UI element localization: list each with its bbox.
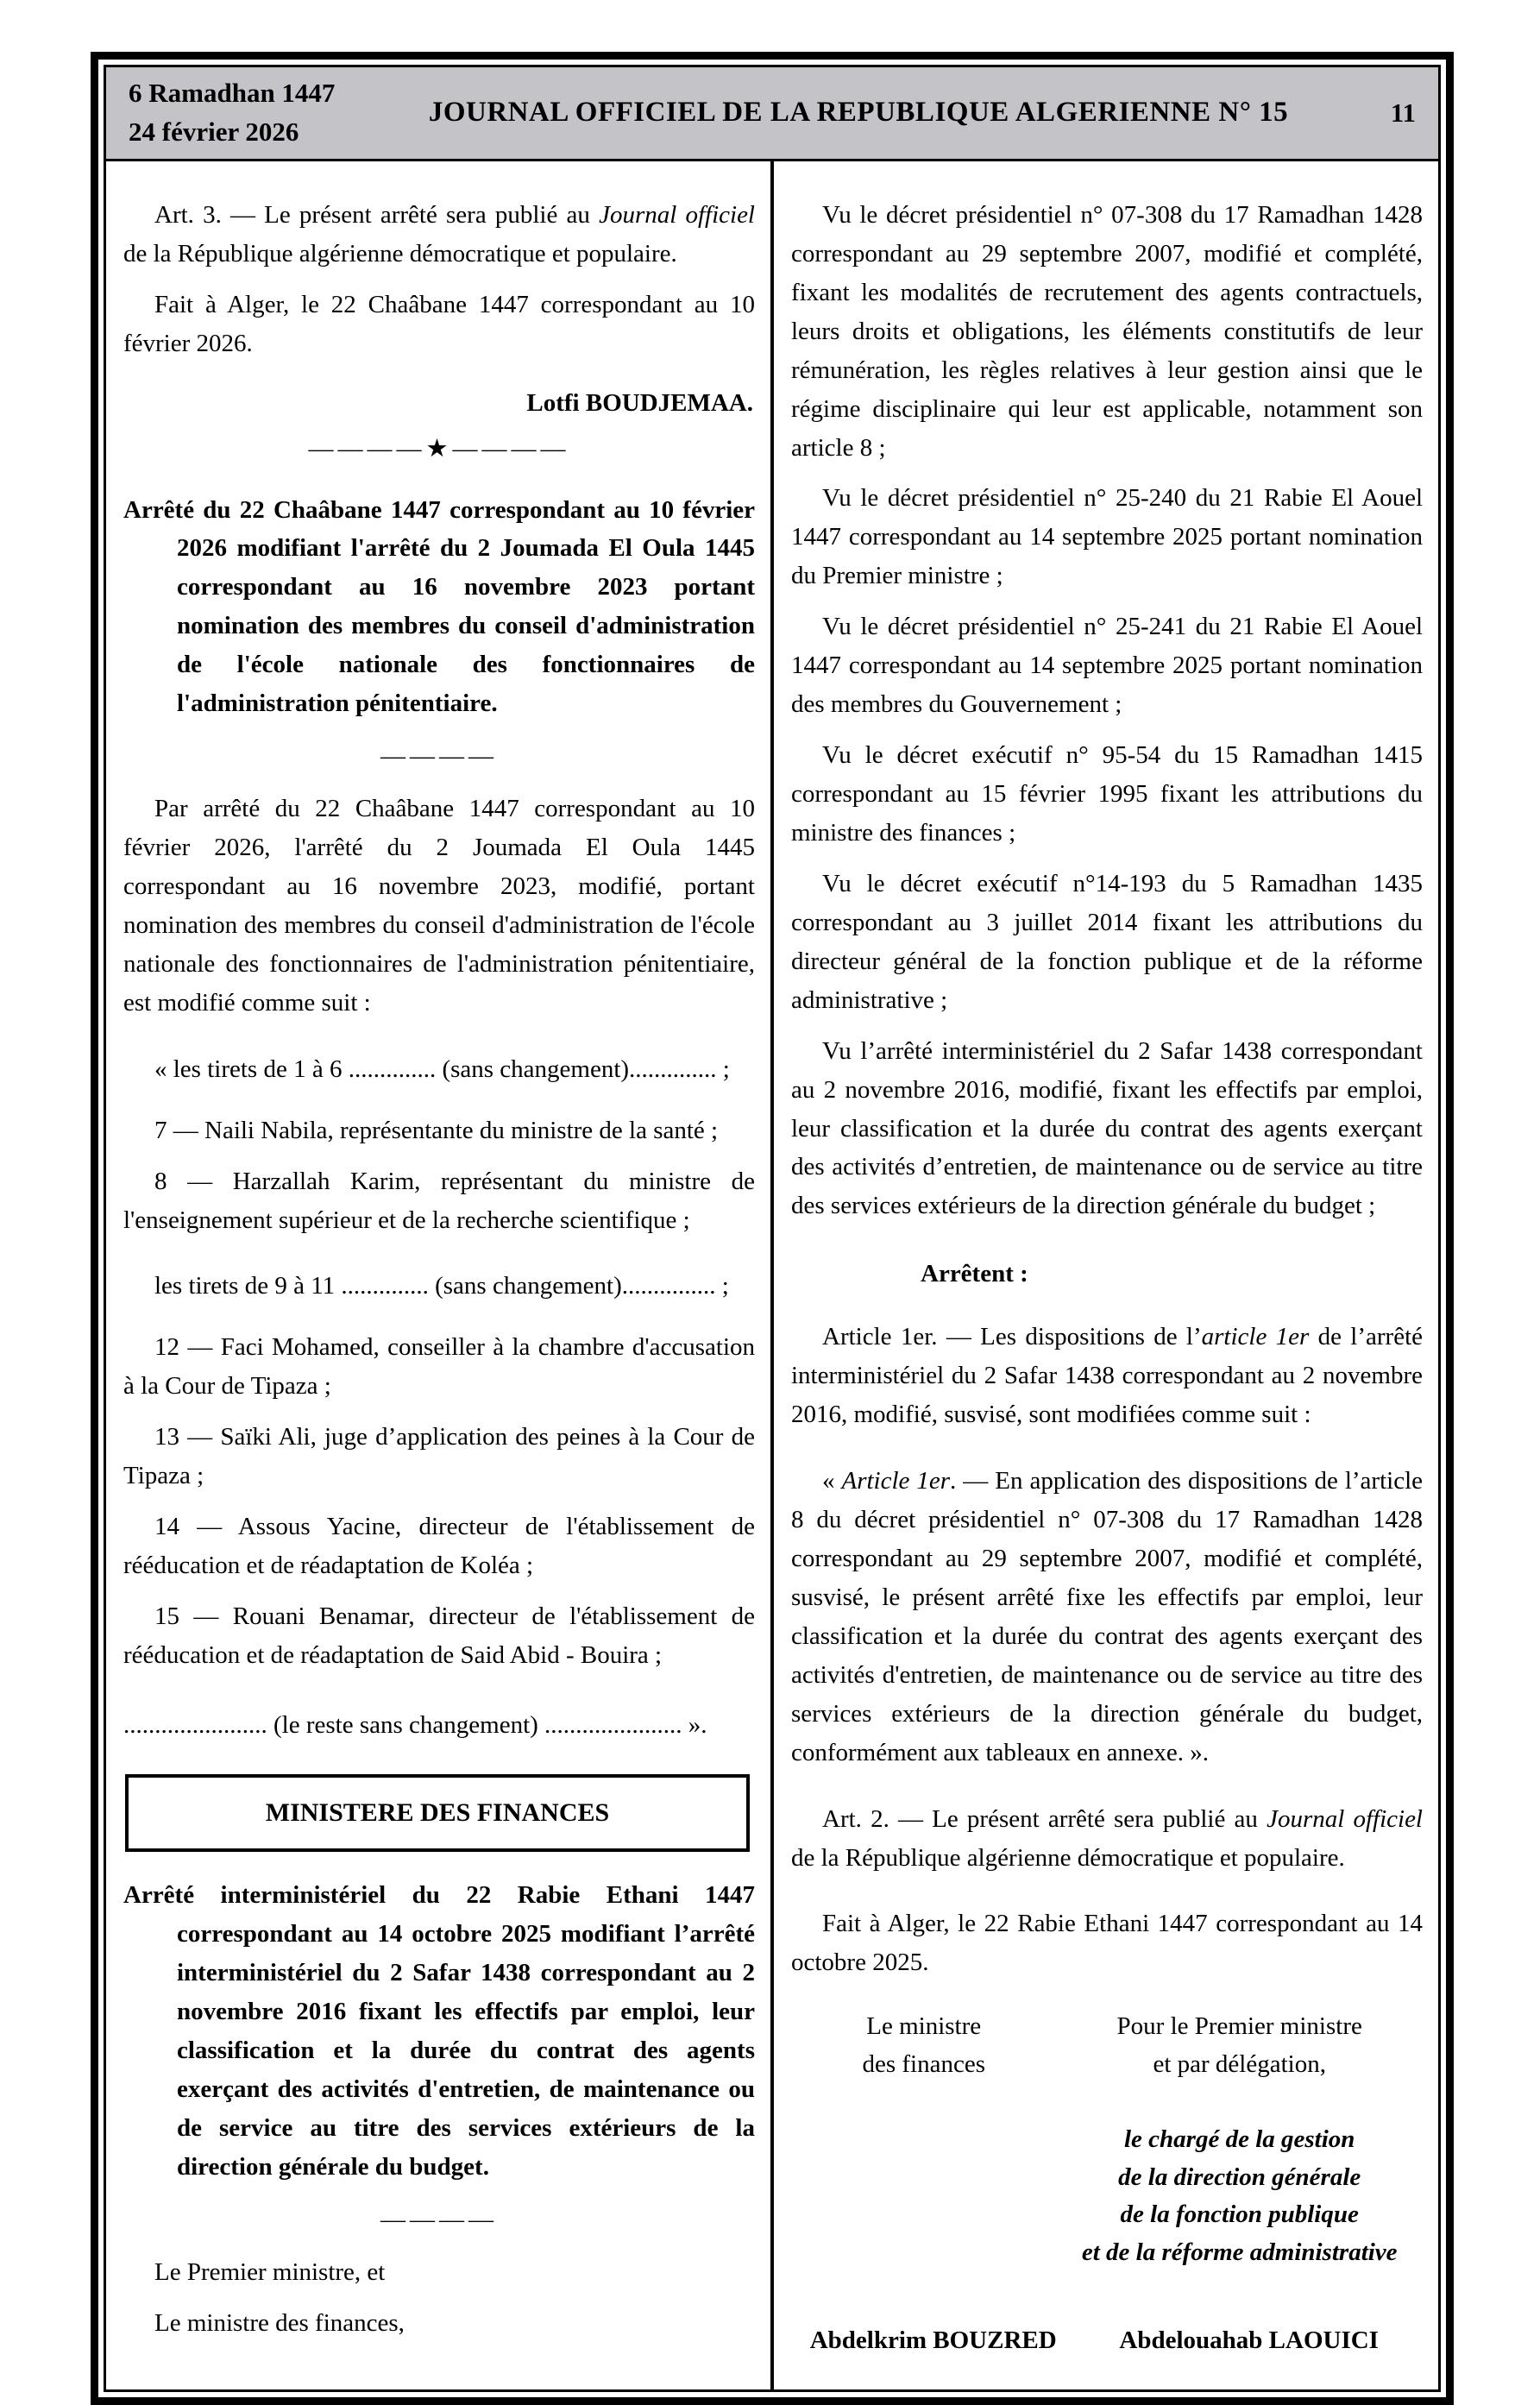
page-inner-frame: 6 Ramadhan 1447 24 février 2026 JOURNAL … (104, 65, 1441, 2392)
name-bouzred: Abdelkrim BOUZRED (791, 2321, 1075, 2360)
journal-title: JOURNAL OFFICIEL DE LA REPUBLIQUE ALGERI… (413, 97, 1304, 129)
article-1er-italic: Article 1er (841, 1467, 950, 1495)
masthead: 6 Ramadhan 1447 24 février 2026 JOURNAL … (106, 67, 1438, 161)
signatory-pm-line1: Pour le Premier ministre (1056, 2008, 1423, 2046)
line-ministre-finances: Le ministre des finances, (123, 2304, 755, 2343)
signatory-minister: Le ministre des finances (791, 2008, 1056, 2083)
list-item-13: 13 — Saïki Ali, juge d’application des p… (123, 1418, 755, 1495)
article-1er-italic: article 1er (1202, 1323, 1310, 1350)
left-column: Art. 3. — Le présent arrêté sera publié … (106, 161, 770, 2389)
ministry-heading-box: MINISTERE DES FINANCES (125, 1774, 750, 1853)
text-run: Article 1er. — Les dispositions de l’ (822, 1323, 1202, 1350)
page-number: 11 (1304, 98, 1438, 129)
journal-officiel-italic: Journal officiel (1267, 1805, 1423, 1833)
arrete-title-nomination: Arrêté du 22 Chaâbane 1447 correspondant… (123, 491, 755, 724)
paragraph-quote-article-1er: « Article 1er. — En application des disp… (791, 1462, 1423, 1772)
paragraph-vu-decret-25-240: Vu le décret présidentiel n° 25-240 du 2… (791, 479, 1423, 595)
signatory-minister-line2: des finances (791, 2046, 1056, 2084)
paragraph-art3: Art. 3. — Le présent arrêté sera publié … (123, 196, 755, 274)
text-run: Art. 3. — Le présent arrêté sera publié … (154, 201, 599, 229)
text-run: de la République algérienne démocratique… (791, 1844, 1345, 1872)
arrete-title-effectifs: Arrêté interministériel du 22 Rabie Etha… (123, 1876, 755, 2187)
ministry-heading: MINISTERE DES FINANCES (266, 1798, 609, 1827)
paragraph-art2: Art. 2. — Le présent arrêté sera publié … (791, 1800, 1423, 1878)
paragraph-vu-arrete-2016: Vu l’arrêté interministériel du 2 Safar … (791, 1032, 1423, 1226)
signatory-pm-line2: et par délégation, (1056, 2046, 1423, 2084)
star-separator: ————★———— (123, 430, 755, 469)
text-run: de la République algérienne démocratique… (123, 240, 677, 268)
delegation-line4: et de la réforme administrative (1056, 2234, 1423, 2272)
signature-row: Le ministre des finances Pour le Premier… (791, 2008, 1423, 2083)
list-item-12: 12 — Faci Mohamed, conseiller à la chamb… (123, 1328, 755, 1406)
list-item-8: 8 — Harzallah Karim, représentant du min… (123, 1162, 755, 1240)
list-item-15: 15 — Rouani Benamar, directeur de l'étab… (123, 1597, 755, 1675)
content-columns: Art. 3. — Le présent arrêté sera publié … (106, 161, 1438, 2389)
signatory-minister-line1: Le ministre (791, 2008, 1056, 2046)
paragraph-vu-decret-14-193: Vu le décret exécutif n°14-193 du 5 Rama… (791, 865, 1423, 1020)
dash-separator: ———— (123, 737, 755, 776)
paragraph-vu-decret-07-308: Vu le décret présidentiel n° 07-308 du 1… (791, 196, 1423, 468)
paragraph-vu-decret-95-54: Vu le décret exécutif n° 95-54 du 15 Ram… (791, 736, 1423, 853)
paragraph-fait-alger: Fait à Alger, le 22 Chaâbane 1447 corres… (123, 286, 755, 363)
signature-names: Abdelkrim BOUZRED Abdelouahab LAOUICI (791, 2321, 1423, 2360)
line-tirets-9-11: les tirets de 9 à 11 .............. (san… (123, 1267, 755, 1306)
delegation-line1: le chargé de la gestion (1056, 2121, 1423, 2159)
signatory-pm: Pour le Premier ministre et par délégati… (1056, 2008, 1423, 2083)
journal-officiel-italic: Journal officiel (599, 201, 755, 229)
line-reste-sans-changement: ....................... (le reste sans c… (123, 1706, 755, 1745)
paragraph-article-1er: Article 1er. — Les dispositions de l’art… (791, 1318, 1423, 1434)
delegation-line3: de la fonction publique (1056, 2196, 1423, 2234)
issue-dates: 6 Ramadhan 1447 24 février 2026 (106, 74, 413, 152)
heading-arretent: Arrêtent : (921, 1255, 1423, 1294)
text-run: . — En application des dispositions de l… (791, 1467, 1423, 1766)
name-laouici: Abdelouahab LAOUICI (1075, 2321, 1423, 2360)
signature-boudjemaa: Lotfi BOUDJEMAA. (123, 384, 753, 423)
text-run: Art. 2. — Le présent arrêté sera publié … (822, 1805, 1267, 1833)
right-column: Vu le décret présidentiel n° 07-308 du 1… (774, 161, 1438, 2389)
page-frame: 6 Ramadhan 1447 24 février 2026 JOURNAL … (91, 52, 1454, 2405)
dash-separator: ———— (123, 2200, 755, 2239)
date-hijri: 6 Ramadhan 1447 (129, 74, 413, 113)
delegation-line2: de la direction générale (1056, 2159, 1423, 2197)
paragraph-fait-alger-right: Fait à Alger, le 22 Rabie Ethani 1447 co… (791, 1904, 1423, 1982)
line-tirets-1-6: « les tirets de 1 à 6 .............. (sa… (123, 1050, 755, 1089)
list-item-7: 7 — Naili Nabila, représentante du minis… (123, 1111, 755, 1150)
line-premier-ministre: Le Premier ministre, et (123, 2253, 755, 2292)
text-run: « (822, 1467, 841, 1495)
paragraph-vu-decret-25-241: Vu le décret présidentiel n° 25-241 du 2… (791, 608, 1423, 724)
delegation-title-block: le chargé de la gestion de la direction … (1056, 2121, 1423, 2271)
date-gregorian: 24 février 2026 (129, 113, 413, 152)
paragraph-par-arrete: Par arrêté du 22 Chaâbane 1447 correspon… (123, 790, 755, 1023)
list-item-14: 14 — Assous Yacine, directeur de l'établ… (123, 1508, 755, 1585)
